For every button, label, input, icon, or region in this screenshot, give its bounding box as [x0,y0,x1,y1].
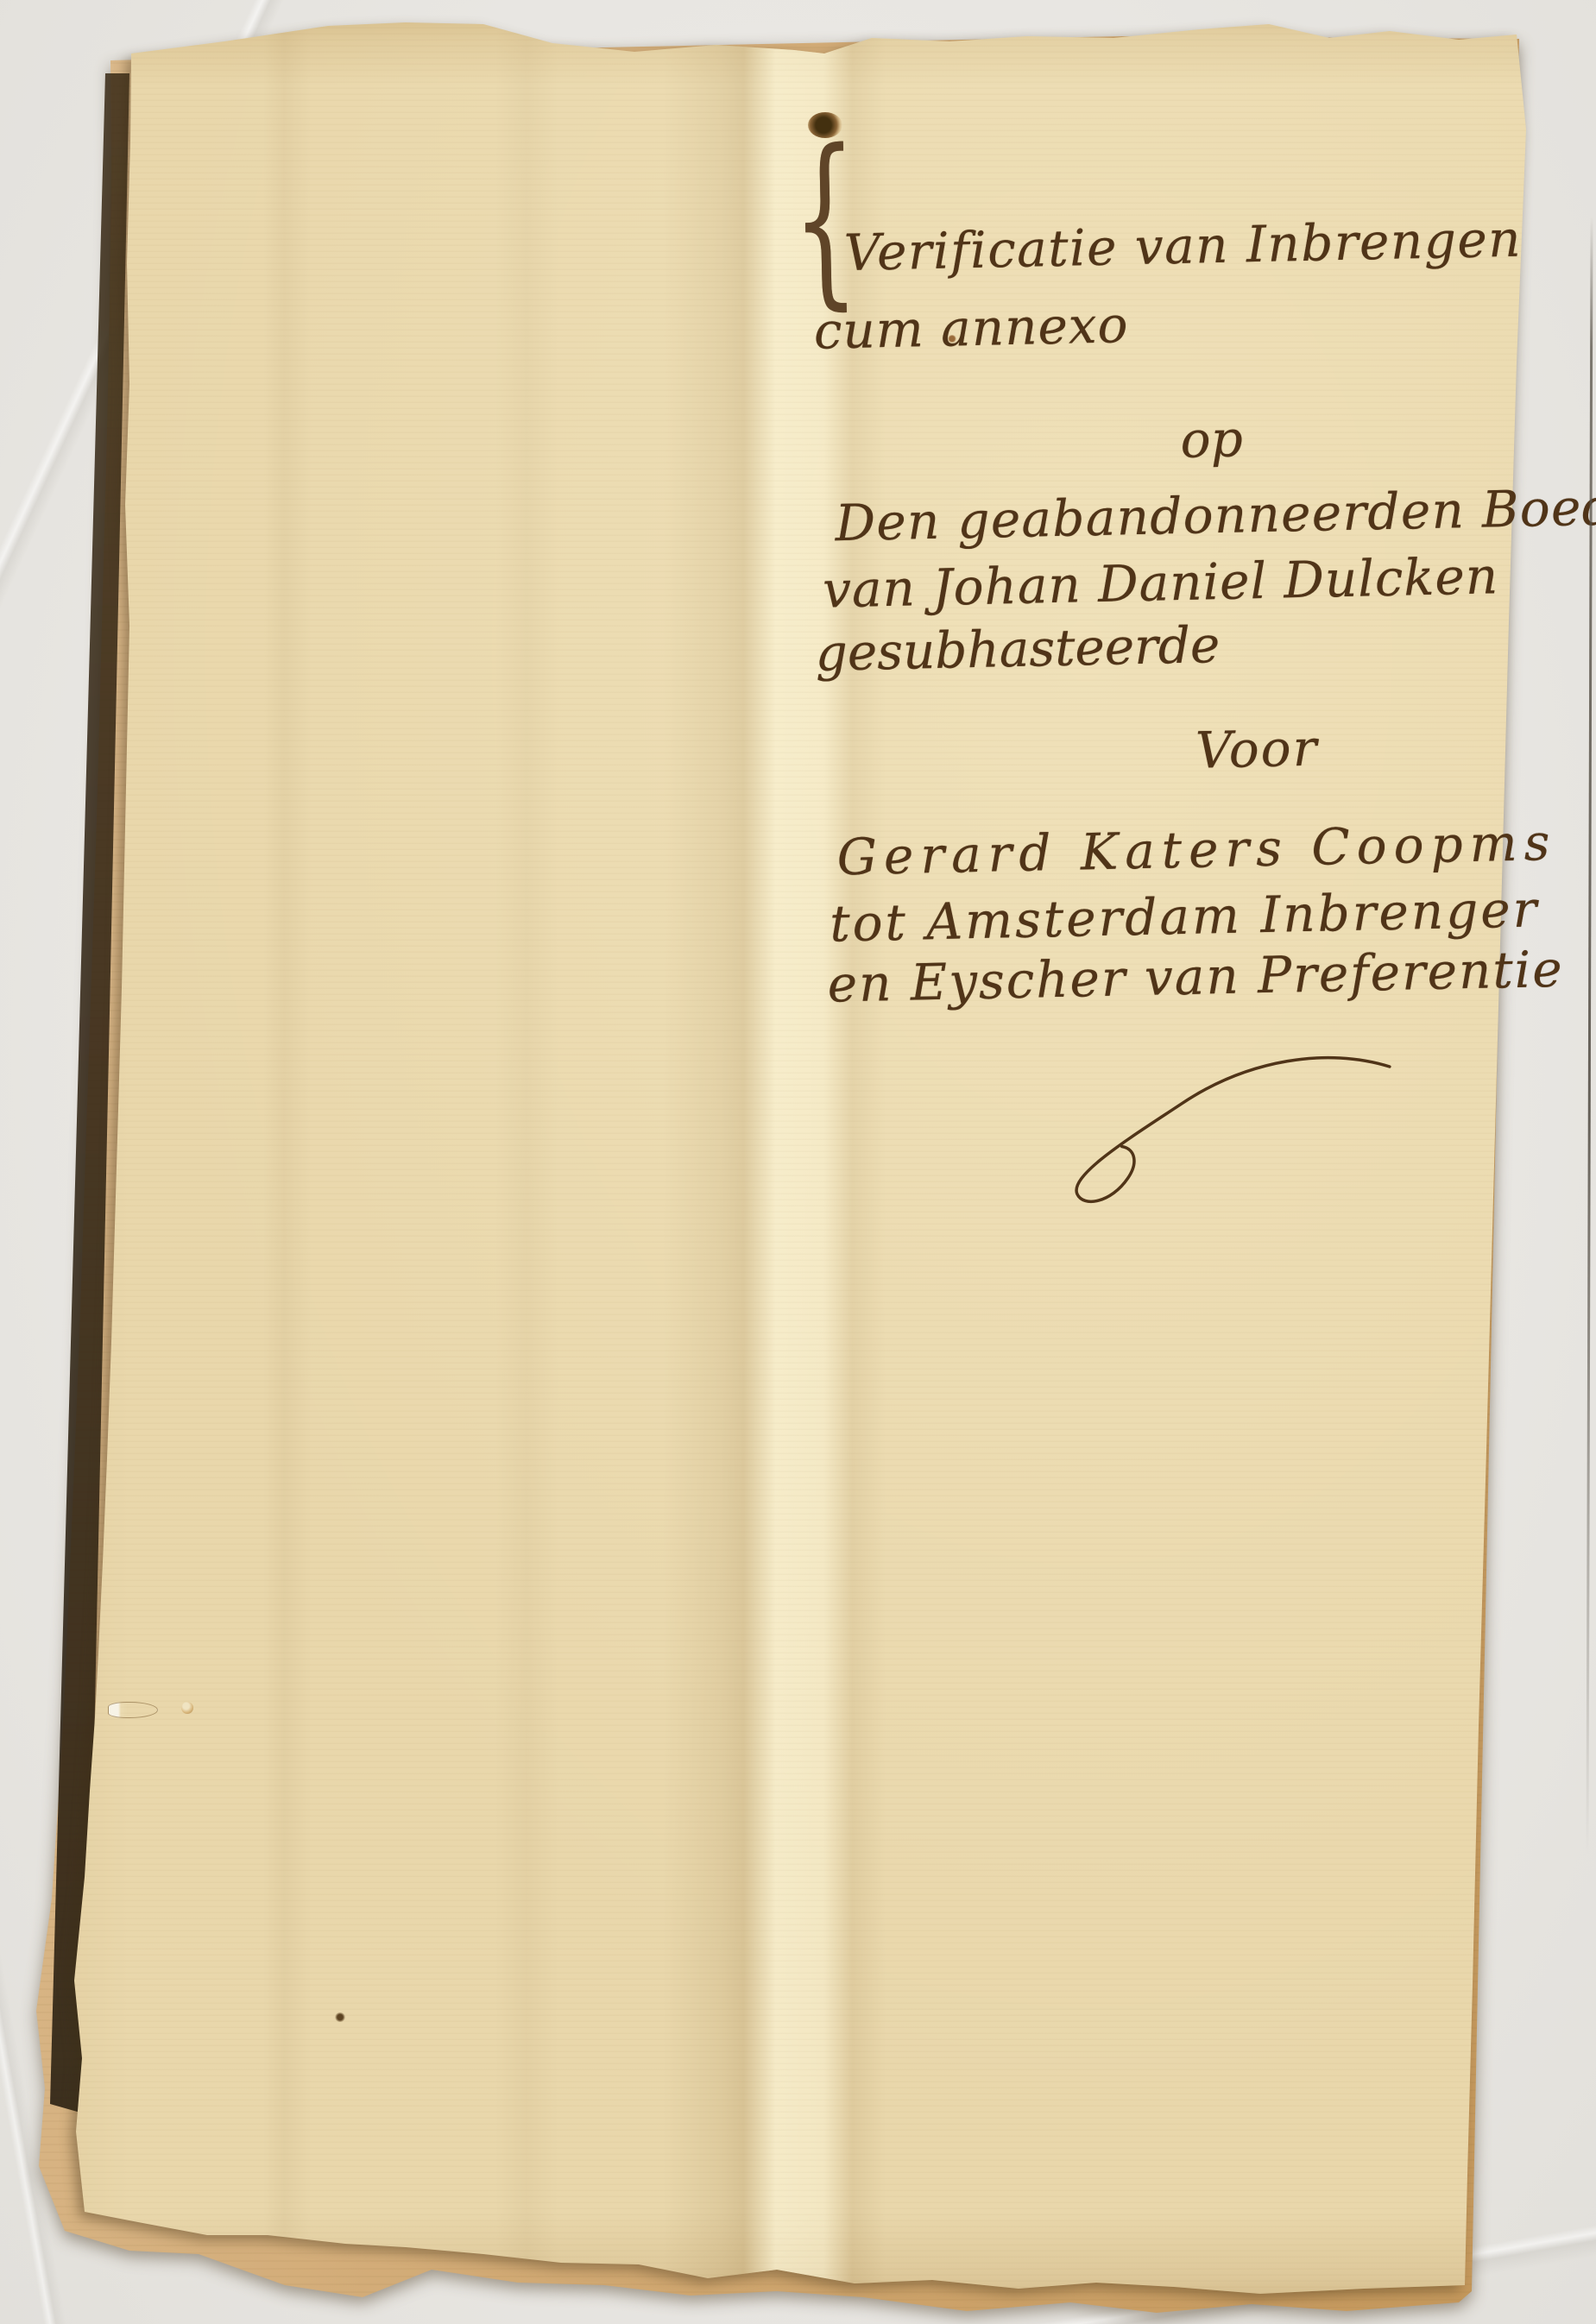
pen-flourish-swash [1042,1030,1425,1214]
handwritten-text-block: { Verificatie van Inbrengen cum annexo o… [803,114,1587,1294]
subject-line-3: gesubhasteerde [815,620,1221,678]
bottom-fleck [335,2012,345,2022]
word-voor: Voor [1195,723,1319,776]
title-line-2: cum annexo [813,299,1129,356]
party-line-3: en Eyscher van Preferentie [827,944,1564,1010]
opening-brace: { [791,125,860,312]
title-line-1: Verificatie van Inbrengen [843,214,1522,278]
party-line-2: tot Amsterdam Inbrenger [830,884,1540,948]
party-line-1: Gerard Katers Coopms [836,817,1557,882]
subject-line-1: Den geabandonneerden Boedel [835,481,1596,548]
word-op: op [1180,413,1243,464]
binding-hole [181,1702,193,1714]
subject-line-2: van Johan Daniel Dulcken [823,551,1499,614]
